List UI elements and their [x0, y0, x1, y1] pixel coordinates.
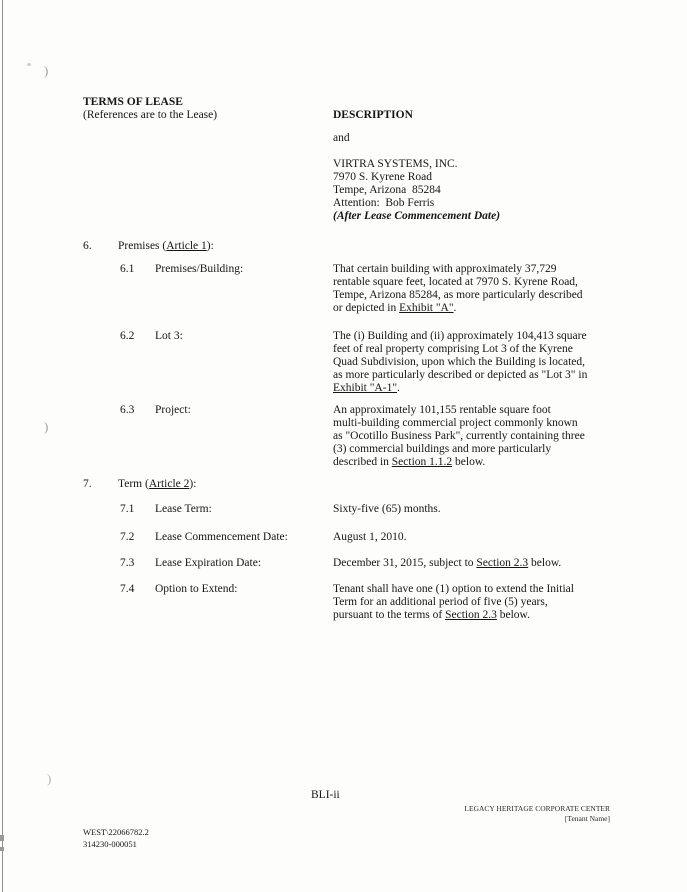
- header-left-block: TERMS OF LEASE (References are to the Le…: [83, 96, 217, 122]
- description-line: December 31, 2015, subject to Section 2.…: [333, 557, 623, 570]
- document-reference-block: WEST\22066782.2 314230-000051: [83, 826, 149, 850]
- commencement-date-note: (After Lease Commencement Date): [333, 210, 500, 223]
- description-text: December 31, 2015, subject to: [333, 557, 476, 569]
- description-text: below.: [452, 456, 485, 468]
- subsection-6-2-label: Lot 3:: [155, 330, 183, 342]
- subsection-6-2-number: 6.2: [120, 330, 155, 343]
- description-text: .: [454, 302, 457, 314]
- section-6-heading: 6.Premises (Article 1):: [83, 240, 214, 253]
- subsection-6-2-label-row: 6.2Lot 3:: [120, 330, 183, 343]
- scan-edge-line: [2, 0, 3, 892]
- scan-edge-tick: [0, 847, 4, 851]
- scan-edge-tick: [0, 835, 4, 841]
- subsection-6-1-description: That certain building with approximately…: [333, 263, 623, 315]
- description-line: pursuant to the terms of Section 2.3 bel…: [333, 609, 623, 622]
- description-line: as more particularly described or depict…: [333, 369, 623, 382]
- subsection-6-2-description: The (i) Building and (ii) approximately …: [333, 330, 623, 395]
- subsection-7-1-number: 7.1: [120, 503, 155, 516]
- subsection-7-4-description: Tenant shall have one (1) option to exte…: [333, 583, 623, 622]
- subsection-7-4-label: Option to Extend:: [155, 583, 237, 595]
- description-line: (3) commercial buildings and more partic…: [333, 443, 623, 456]
- reference-note: (References are to the Lease): [83, 109, 217, 122]
- scan-mark-paren-top: ): [44, 64, 48, 77]
- description-line: as "Ocotillo Business Park", currently c…: [333, 430, 623, 443]
- section-6-title-post: ):: [207, 240, 214, 252]
- section-7-title-pre: Term (: [118, 478, 149, 490]
- subsection-7-3-label-row: 7.3Lease Expiration Date:: [120, 557, 261, 570]
- tenant-attention-line: Attention: Bob Ferris: [333, 197, 500, 210]
- description-text: .: [397, 382, 400, 394]
- matter-number: 314230-000051: [83, 838, 149, 850]
- subsection-7-1-description: Sixty-five (65) months.: [333, 503, 623, 516]
- section-6-number: 6.: [83, 240, 118, 253]
- subsection-6-1-label-row: 6.1Premises/Building:: [120, 263, 243, 276]
- description-text: or depicted in: [333, 302, 399, 314]
- description-text: described in: [333, 456, 392, 468]
- property-name: LEGACY HERITAGE CORPORATE CENTER: [333, 804, 610, 814]
- subsection-6-1-label: Premises/Building:: [155, 263, 243, 275]
- subsection-7-4-label-row: 7.4Option to Extend:: [120, 583, 237, 596]
- subsection-6-3-label: Project:: [155, 404, 191, 416]
- description-text: below.: [497, 609, 530, 621]
- subsection-6-3-label-row: 6.3Project:: [120, 404, 191, 417]
- exhibit-a1-reference: Exhibit "A-1": [333, 382, 397, 394]
- section-7-title: Term (Article 2):: [118, 478, 196, 490]
- scan-speck: [27, 63, 31, 66]
- section-2-3-reference: Section 2.3: [445, 609, 497, 621]
- subsection-7-1-label-row: 7.1Lease Term:: [120, 503, 212, 516]
- footer-right-block: LEGACY HERITAGE CORPORATE CENTER [Tenant…: [333, 804, 610, 824]
- description-line: multi-building commercial project common…: [333, 417, 623, 430]
- description-line: An approximately 101,155 rentable square…: [333, 404, 623, 417]
- description-line: rentable square feet, located at 7970 S.…: [333, 276, 623, 289]
- description-heading: DESCRIPTION: [333, 109, 413, 122]
- subsection-7-2-label-row: 7.2Lease Commencement Date:: [120, 531, 288, 544]
- tenant-address-street: 7970 S. Kyrene Road: [333, 171, 500, 184]
- document-reference-number: WEST\22066782.2: [83, 826, 149, 838]
- document-title: TERMS OF LEASE: [83, 96, 217, 109]
- description-text: below.: [528, 557, 561, 569]
- subsection-6-3-description: An approximately 101,155 rentable square…: [333, 404, 623, 469]
- description-line: Tempe, Arizona 85284, as more particular…: [333, 289, 623, 302]
- scan-mark-paren-middle: ): [44, 420, 48, 433]
- page-number: BLI-ii: [311, 789, 340, 802]
- subsection-7-1-label: Lease Term:: [155, 503, 212, 515]
- tenant-name-placeholder: [Tenant Name]: [333, 814, 610, 824]
- description-line: Sixty-five (65) months.: [333, 503, 623, 516]
- description-line: or depicted in Exhibit "A".: [333, 302, 623, 315]
- subsection-7-3-number: 7.3: [120, 557, 155, 570]
- description-text: pursuant to the terms of: [333, 609, 445, 621]
- description-line: feet of real property comprising Lot 3 o…: [333, 343, 623, 356]
- section-6-title-pre: Premises (: [118, 240, 166, 252]
- subsection-7-4-number: 7.4: [120, 583, 155, 596]
- description-line: The (i) Building and (ii) approximately …: [333, 330, 623, 343]
- exhibit-a-reference: Exhibit "A": [399, 302, 453, 314]
- section-7-number: 7.: [83, 478, 118, 491]
- subsection-7-2-label: Lease Commencement Date:: [155, 531, 288, 543]
- section-2-3-reference: Section 2.3: [476, 557, 528, 569]
- section-1-1-2-reference: Section 1.1.2: [392, 456, 452, 468]
- subsection-7-3-description: December 31, 2015, subject to Section 2.…: [333, 557, 623, 570]
- article-1-reference: Article 1: [166, 240, 207, 252]
- description-line: Term for an additional period of five (5…: [333, 596, 623, 609]
- tenant-company-name: VIRTRA SYSTEMS, INC.: [333, 158, 500, 171]
- subsection-7-3-label: Lease Expiration Date:: [155, 557, 261, 569]
- description-line: described in Section 1.1.2 below.: [333, 456, 623, 469]
- tenant-address-block: VIRTRA SYSTEMS, INC. 7970 S. Kyrene Road…: [333, 158, 500, 223]
- article-2-reference: Article 2: [149, 478, 190, 490]
- subsection-7-2-description: August 1, 2010.: [333, 531, 623, 544]
- scanned-lease-page: ) ) ) TERMS OF LEASE (References are to …: [0, 0, 687, 892]
- subsection-6-1-number: 6.1: [120, 263, 155, 276]
- subsection-6-3-number: 6.3: [120, 404, 155, 417]
- description-line: Quad Subdivision, upon which the Buildin…: [333, 356, 623, 369]
- scan-mark-paren-bottom: ): [47, 772, 51, 785]
- tenant-address-city: Tempe, Arizona 85284: [333, 184, 500, 197]
- description-line: August 1, 2010.: [333, 531, 623, 544]
- description-line: Tenant shall have one (1) option to exte…: [333, 583, 623, 596]
- description-line: Exhibit "A-1".: [333, 382, 623, 395]
- section-7-title-post: ):: [189, 478, 196, 490]
- section-7-heading: 7.Term (Article 2):: [83, 478, 196, 491]
- subsection-7-2-number: 7.2: [120, 531, 155, 544]
- description-line: That certain building with approximately…: [333, 263, 623, 276]
- section-6-title: Premises (Article 1):: [118, 240, 214, 252]
- connector-and: and: [333, 132, 350, 145]
